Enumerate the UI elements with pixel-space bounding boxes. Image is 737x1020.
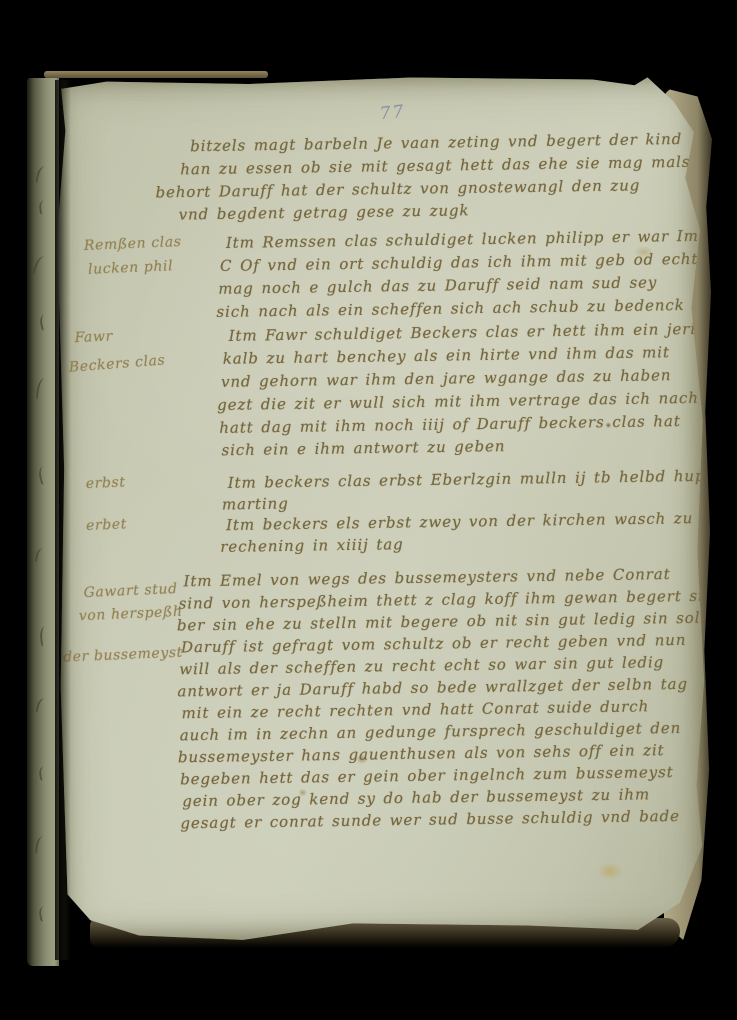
paper-stain (597, 862, 623, 880)
manuscript-line: C Of vnd ein ort schuldig das ich ihm mi… (220, 250, 698, 275)
manuscript-line: ber sin ehe zu stelln mit begere ob nit … (177, 609, 713, 635)
margin-annotation: der bussemeyst (63, 644, 183, 665)
manuscript-line: Itm Fawr schuldiget Beckers clas er hett… (228, 320, 706, 345)
manuscript-line: Itm Remssen clas schuldiget lucken phili… (226, 227, 699, 252)
page-number: 77 (379, 102, 407, 125)
manuscript-line: antwort er ja Daruff habd so bede wrallz… (177, 675, 688, 701)
manuscript-line: bussemeyster hans gauenthusen als von se… (178, 741, 665, 766)
gutter-ink-fragment (38, 765, 51, 781)
manuscript-line: Daruff ist gefragt vom schultz ob er rec… (181, 631, 687, 656)
manuscript-line: auch im in zechn an gedunge fursprech ge… (180, 719, 682, 744)
manuscript-line: mag noch e gulch das zu Daruff seid nam … (218, 273, 657, 298)
manuscript-line: hatt dag mit ihm noch iiij of Daruff bec… (219, 412, 681, 437)
manuscript-page: 77 Remßen clas lucken phil Fawr Beckers … (55, 73, 710, 946)
manuscript-line: kalb zu hart benchey als ein hirte vnd i… (223, 343, 670, 368)
manuscript-line: gein ober zog kend sy do hab der busseme… (182, 785, 650, 810)
manuscript-line: sich ein e ihm antwort zu geben (221, 437, 505, 459)
margin-annotation: Gawart stud (83, 581, 178, 601)
margin-annotation: Beckers clas (68, 352, 166, 375)
manuscript-line: Itm beckers clas erbst Eberlzgin mulln i… (228, 467, 714, 492)
manuscript-line: rechening in xiiij tag (220, 535, 404, 556)
manuscript-line: marting (222, 495, 289, 514)
manuscript-line: sich nach als ein scheffen sich ach schu… (216, 296, 684, 321)
manuscript-line: bitzels magt barbeln Je vaan zeting vnd … (190, 130, 682, 155)
manuscript-line: behort Daruff hat der schultz von gnoste… (155, 176, 640, 201)
gutter-ink-fragment (38, 199, 51, 214)
margin-annotation: erbst (85, 474, 125, 492)
gutter-ink-fragment (38, 313, 52, 331)
margin-annotation: von herspeßh (79, 604, 183, 624)
manuscript-photo: 77 Remßen clas lucken phil Fawr Beckers … (0, 0, 737, 1020)
manuscript-line: begeben hett das er gein ober ingelnch z… (180, 763, 674, 788)
gutter-ink-fragment (38, 905, 52, 922)
manuscript-line: han zu essen ob sie mit gesagt hett das … (180, 153, 690, 179)
manuscript-line: Itm Emel von wegs des bussemeysters vnd … (183, 565, 670, 590)
gutter-ink-fragment (32, 255, 49, 277)
manuscript-line: gezt die zit er wull sich mit ihm vertra… (217, 389, 699, 414)
manuscript-line: gesagt er conrat sunde wer sud busse sch… (180, 807, 680, 832)
gutter-ink-fragment (39, 625, 52, 646)
margin-annotation: lucken phil (88, 258, 174, 278)
gutter-ink-fragment (36, 377, 50, 400)
gutter-ink-fragment (35, 165, 50, 185)
manuscript-line: will als der scheffen zu recht echt so w… (179, 653, 664, 678)
manuscript-line: mit ein ze recht rechten vnd hatt Conrat… (181, 697, 649, 722)
binding-top-edge (44, 71, 268, 78)
gutter-ink-fragment (35, 697, 50, 715)
gutter-ink-fragment (37, 465, 52, 485)
manuscript-line: vnd begdent getrag gese zu zugk (179, 201, 470, 223)
gutter-ink-fragment (35, 835, 48, 854)
margin-annotation: Remßen clas (84, 234, 182, 254)
gutter-shadow (55, 80, 71, 960)
margin-annotation: Fawr (74, 328, 113, 346)
gutter-ink-fragment (35, 547, 48, 564)
manuscript-line: vnd gehorn war ihm den jare wgange das z… (221, 366, 672, 391)
manuscript-line: Itm beckers els erbst zwey von der kirch… (226, 508, 737, 534)
margin-annotation: erbet (86, 516, 128, 534)
